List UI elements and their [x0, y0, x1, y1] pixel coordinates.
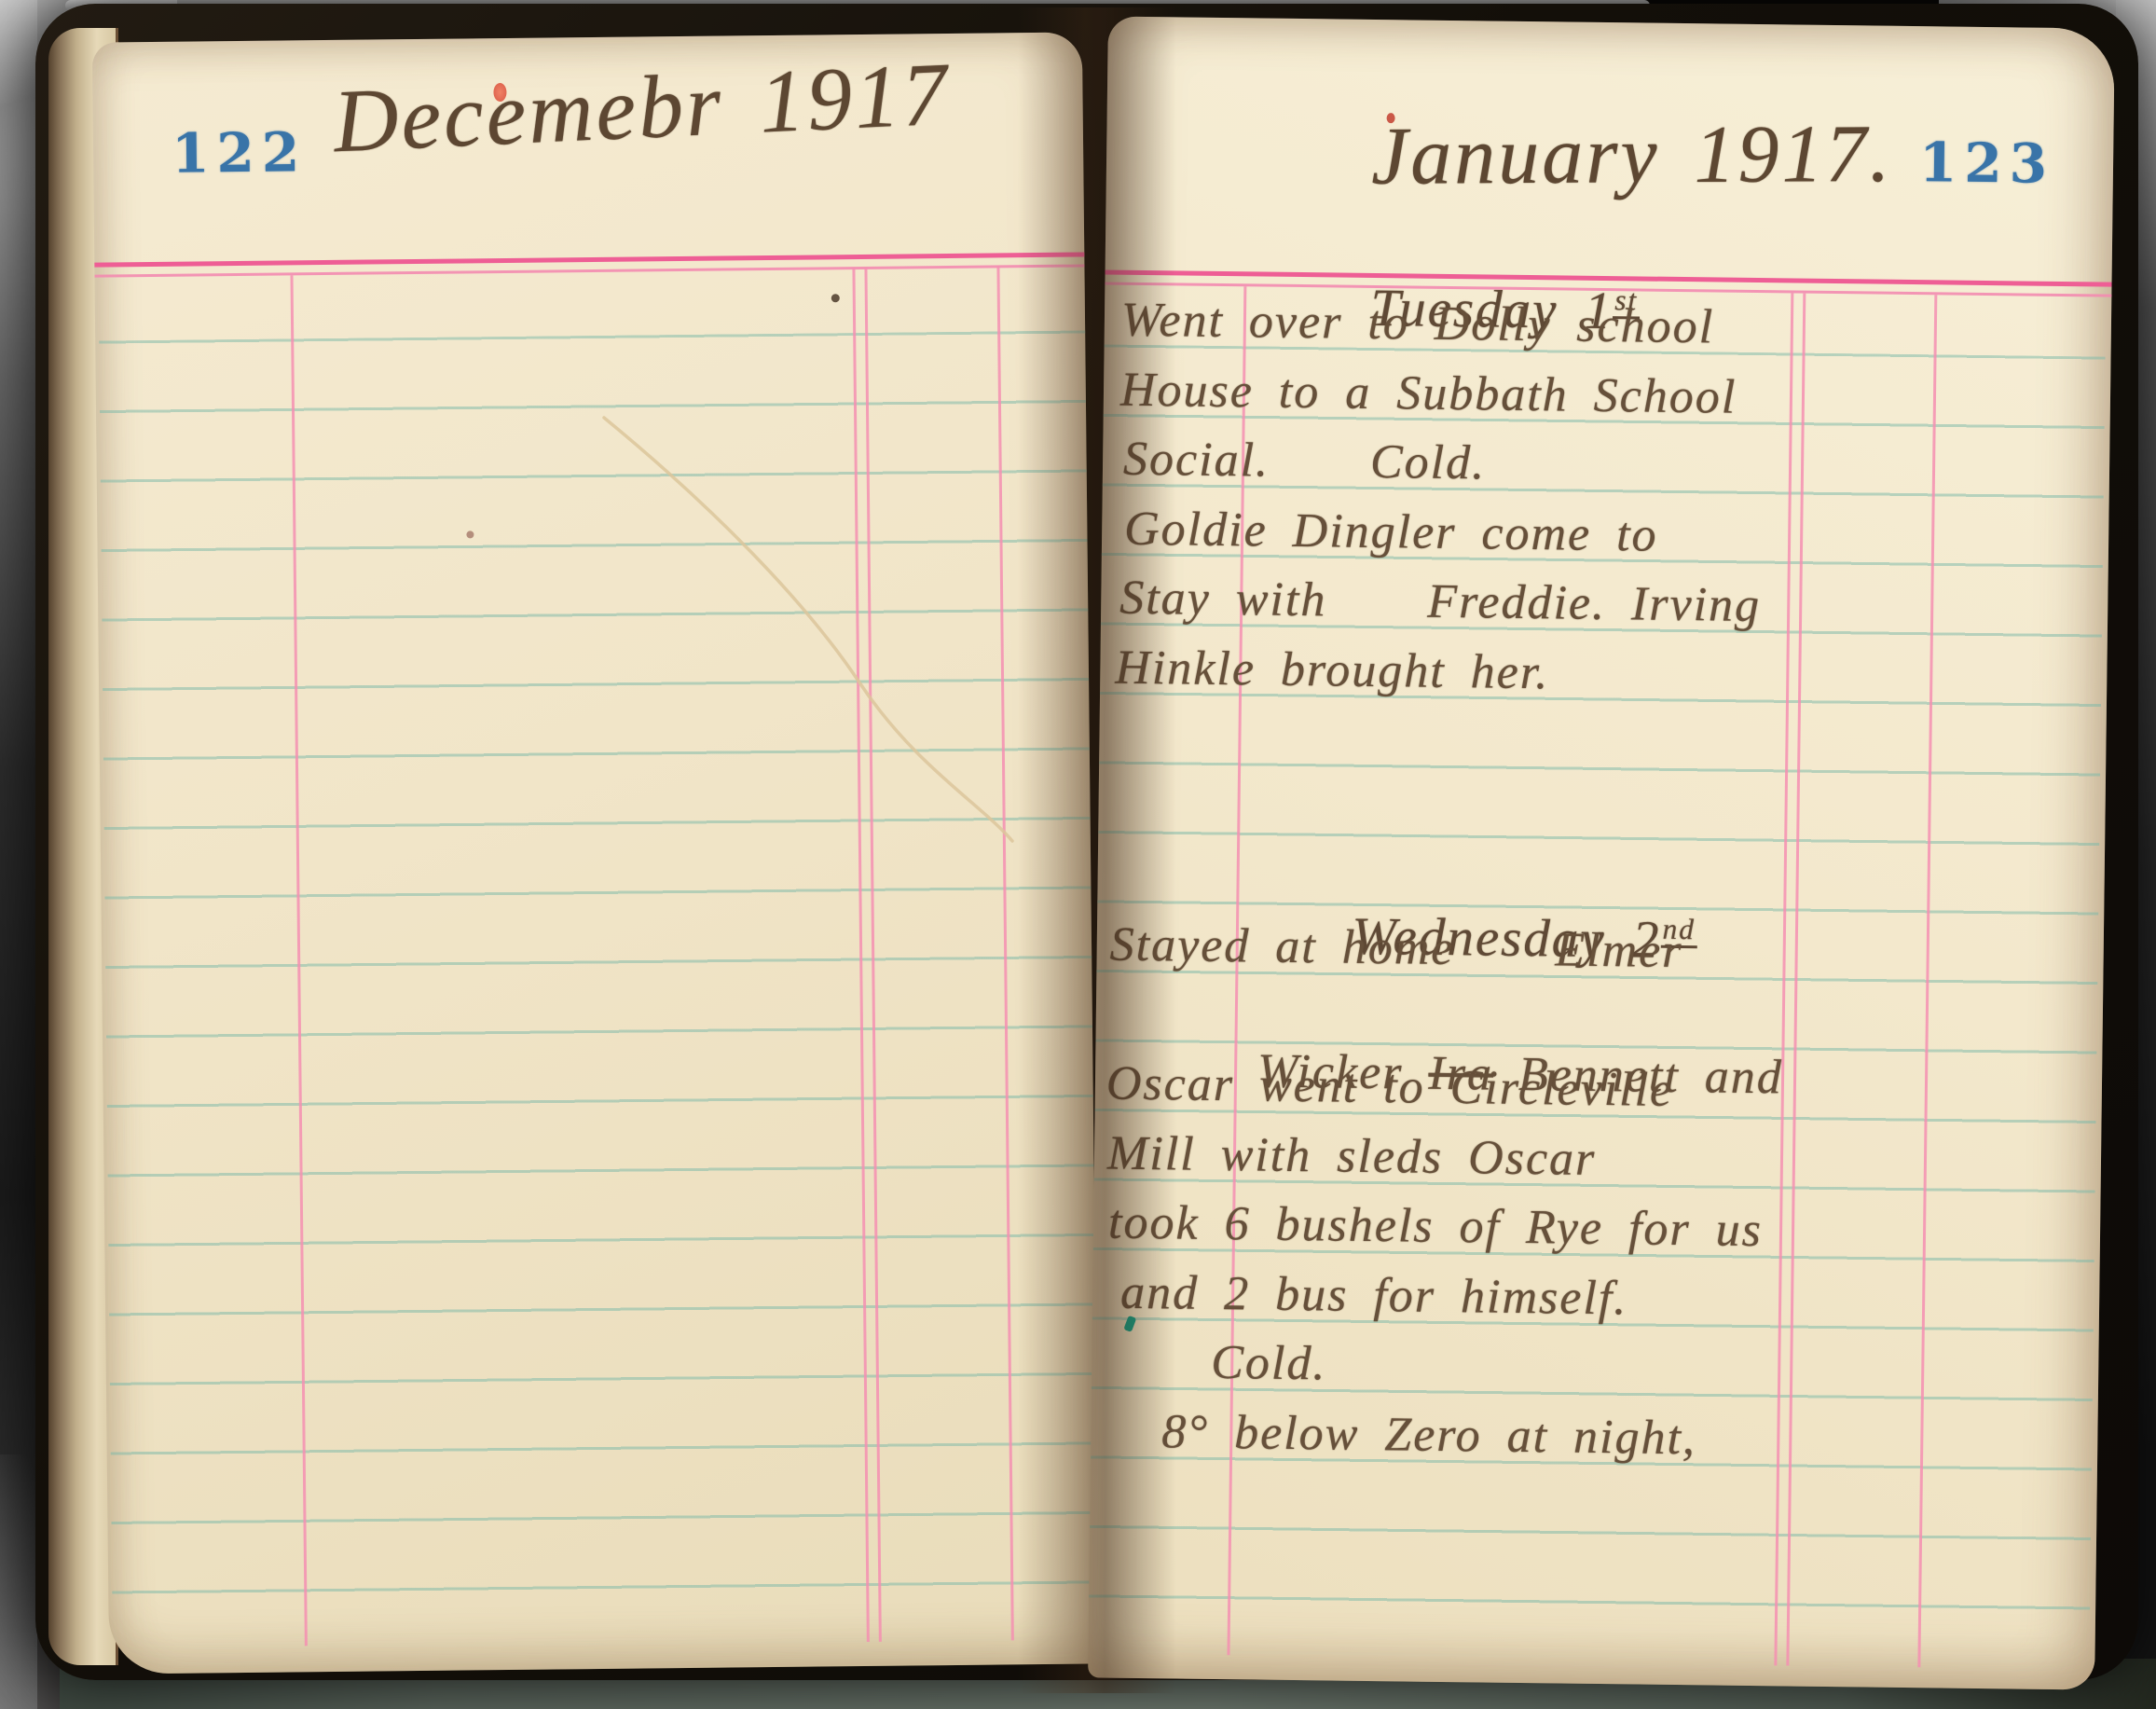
diary-photo: 122 Decemebr 1917 123 January 1917. Tues… — [0, 0, 2156, 1709]
paper-scratch — [0, 0, 2156, 1709]
